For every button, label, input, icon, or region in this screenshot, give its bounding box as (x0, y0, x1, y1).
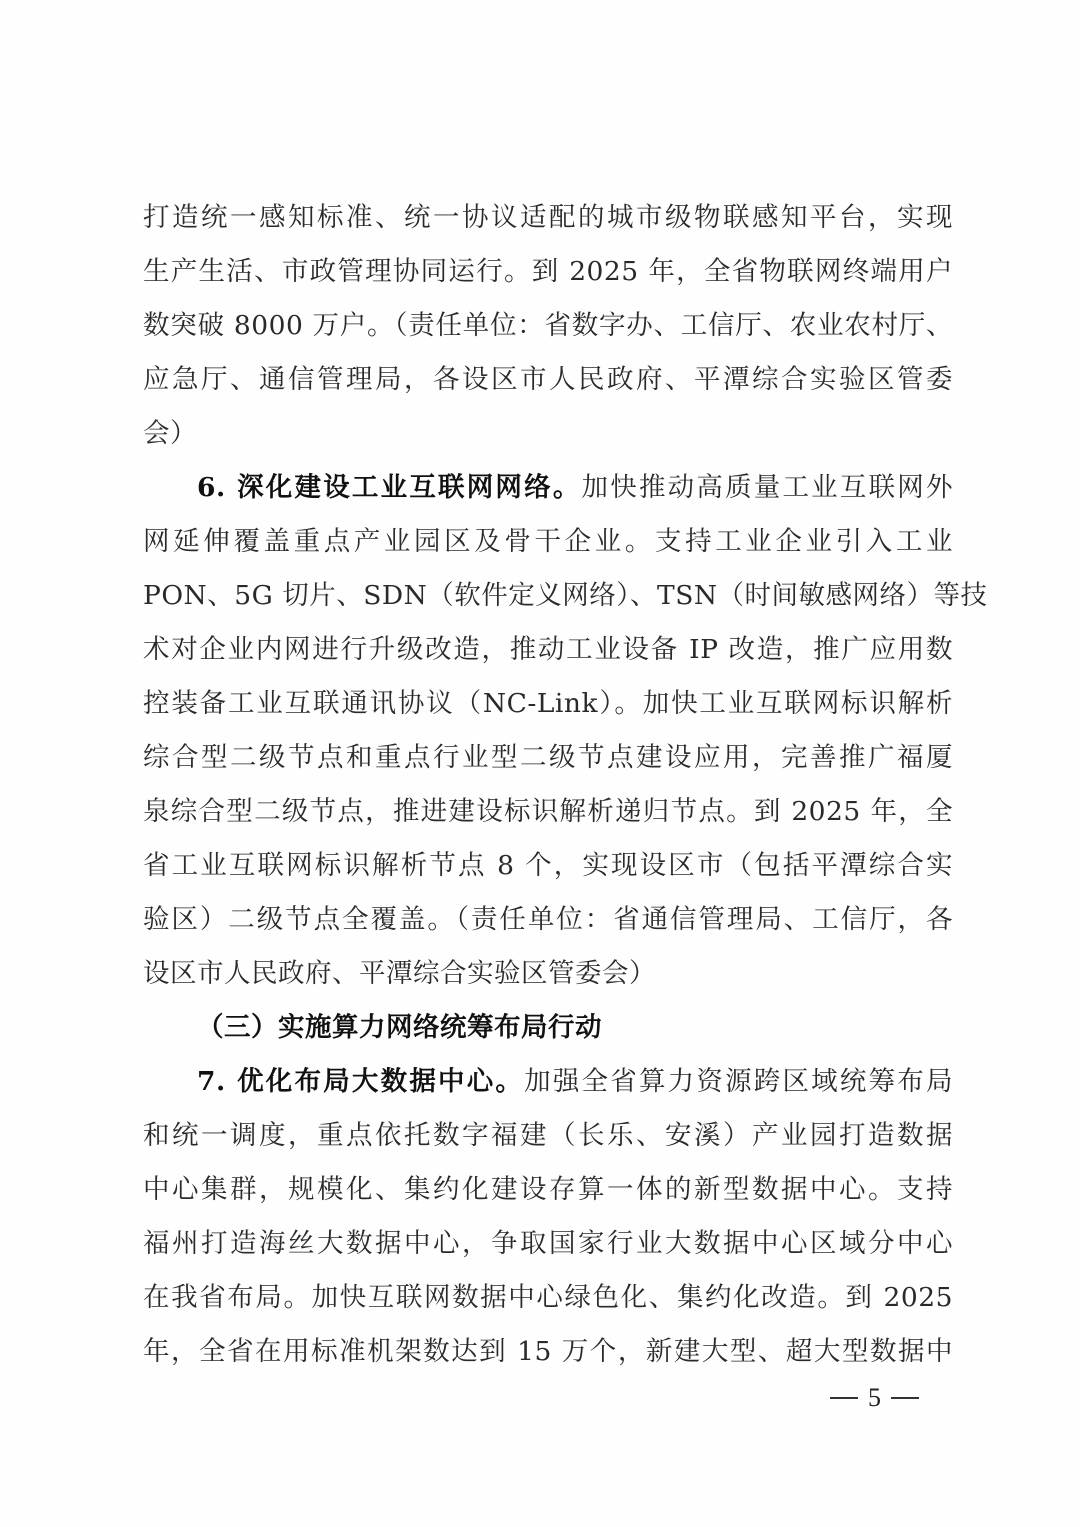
item-6-first-line: 6. 深化建设工业互联网网络。加快推动高质量工业互联网外 (197, 468, 953, 508)
paragraph-line: 生产生活、市政管理协同运行。到 2025 年，全省物联网终端用户 (143, 252, 953, 292)
paragraph-line: 综合型二级节点和重点行业型二级节点建设应用，完善推广福厦 (143, 738, 953, 778)
paragraph-line: 设区市人民政府、平潭综合实验区管委会） (143, 954, 953, 994)
paragraph-line: 泉综合型二级节点，推进建设标识解析递归节点。到 2025 年，全 (143, 792, 953, 832)
paragraph-line: 年，全省在用标准机架数达到 15 万个，新建大型、超大型数据中 (143, 1332, 953, 1372)
item-7-first-line: 7. 优化布局大数据中心。加强全省算力资源跨区域统筹布局 (197, 1062, 953, 1102)
page-number-value: 5 (868, 1383, 881, 1413)
paragraph-line: 术对企业内网进行升级改造，推动工业设备 IP 改造，推广应用数 (143, 630, 953, 670)
paragraph-line: 控装备工业互联通讯协议（NC-Link）。加快工业互联网标识解析 (143, 684, 953, 724)
paragraph-line: 中心集群，规模化、集约化建设存算一体的新型数据中心。支持 (143, 1170, 953, 1210)
paragraph-line: 验区）二级节点全覆盖。（责任单位：省通信管理局、工信厅，各 (143, 900, 953, 940)
item-6-text: 加快推动高质量工业互联网外 (582, 472, 953, 503)
item-7-title: 7. 优化布局大数据中心。 (197, 1066, 524, 1097)
section-heading: （三）实施算力网络统筹布局行动 (197, 1008, 602, 1048)
dash-right (891, 1397, 919, 1399)
paragraph-line: 应急厅、通信管理局，各设区市人民政府、平潭综合实验区管委 (143, 360, 953, 400)
paragraph-line: 福州打造海丝大数据中心，争取国家行业大数据中心区域分中心 (143, 1224, 953, 1264)
document-page: 打造统一感知标准、统一协议适配的城市级物联感知平台，实现 生产生活、市政管理协同… (0, 0, 1080, 1527)
item-6-title: 6. 深化建设工业互联网网络。 (197, 472, 582, 503)
paragraph-line: PON、5G 切片、SDN（软件定义网络）、TSN（时间敏感网络）等技 (143, 576, 953, 616)
paragraph-line: 在我省布局。加快互联网数据中心绿色化、集约化改造。到 2025 (143, 1278, 953, 1318)
paragraph-line: 打造统一感知标准、统一协议适配的城市级物联感知平台，实现 (143, 198, 953, 238)
paragraph-line: 网延伸覆盖重点产业园区及骨干企业。支持工业企业引入工业 (143, 522, 953, 562)
item-7-text: 加强全省算力资源跨区域统筹布局 (524, 1066, 953, 1097)
paragraph-line: 省工业互联网标识解析节点 8 个，实现设区市（包括平潭综合实 (143, 846, 953, 886)
dash-left (830, 1397, 858, 1399)
page-number: 5 (830, 1383, 919, 1413)
paragraph-line: 和统一调度，重点依托数字福建（长乐、安溪）产业园打造数据 (143, 1116, 953, 1156)
paragraph-line: 数突破 8000 万户。（责任单位：省数字办、工信厅、农业农村厅、 (143, 306, 953, 346)
paragraph-line: 会） (143, 414, 953, 454)
